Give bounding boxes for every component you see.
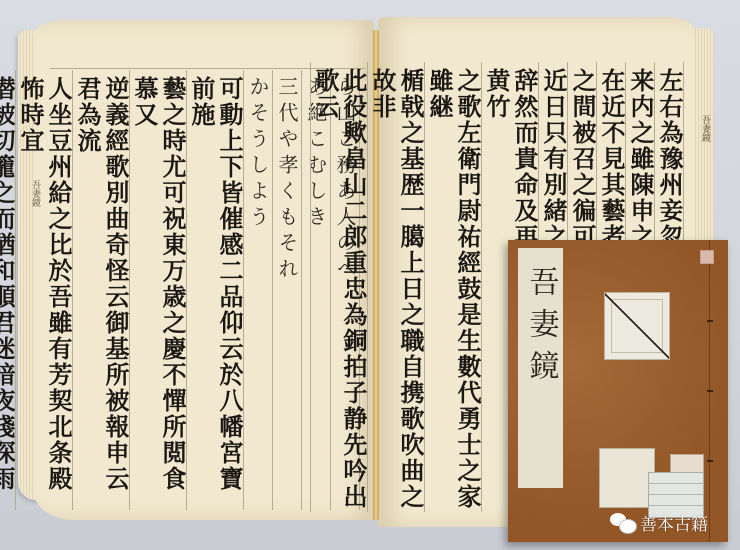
column-text: 逆義經歌別曲奇怪云御基所被報申云君為流 xyxy=(73,76,129,510)
column-text: 藝之時尤可祝東万歳之慶不憚所閲食慕又 xyxy=(130,76,186,510)
label-slash xyxy=(605,293,669,359)
column-text: 人坐豆州給之比於吾雖有芳契北条殿怖時宜 xyxy=(16,76,72,510)
text-column: 人坐豆州給之比於吾雖有芳契北条殿怖時宜 xyxy=(15,70,72,510)
cover-title: 吾妻鏡 xyxy=(519,248,563,488)
catalog-label xyxy=(599,448,655,508)
watermark-text: 善本古籍 xyxy=(640,510,708,535)
red-seal xyxy=(700,250,714,264)
text-column: 楯戟之基歴一臈上日之職自携歌吹曲之故非 xyxy=(367,62,424,512)
book-cover: 吾妻鏡 xyxy=(508,240,728,542)
binding-hole xyxy=(707,390,713,392)
column-text: 此役歟畠山二郎重忠為銅拍子静先吟出歌云 xyxy=(311,68,367,512)
binding-hole xyxy=(707,460,713,462)
text-column: 之歌左衛門尉祐經鼓是生數代勇士之家雖継 xyxy=(424,62,481,512)
text-column: 三代や孝くもそれ xyxy=(272,70,301,510)
column-text: 潜被切籠之而猶和順君迷暗夜淺深雨到君之 xyxy=(0,76,15,510)
left-edge-marks: 吾妻鏡 xyxy=(28,180,42,240)
text-column: 逆義經歌別曲奇怪云御基所被報申云君為流 xyxy=(72,70,129,510)
wechat-icon xyxy=(610,513,636,533)
column-text: かそうしよう xyxy=(244,76,272,232)
cover-title-slip: 吾妻鏡 xyxy=(518,248,563,488)
column-text: 三代や孝くもそれ xyxy=(273,76,301,284)
library-label xyxy=(604,292,670,360)
text-column: 藝之時尤可祝東万歳之慶不憚所閲食慕又 xyxy=(129,70,186,510)
column-text: 楯戟之基歴一臈上日之職自携歌吹曲之故非 xyxy=(368,68,424,512)
text-column: 可動上下皆催感二品仰云於八幡宮寶前施 xyxy=(186,70,243,510)
binding-hole xyxy=(707,320,713,322)
right-edge-marks: 吾妻鏡 xyxy=(700,115,712,155)
text-column: 潜被切籠之而猶和順君迷暗夜淺深雨到君之 xyxy=(0,70,15,510)
text-column: かそうしよう xyxy=(243,70,272,510)
watermark: 善本古籍 xyxy=(610,510,708,535)
column-text: 之歌左衛門尉祐經鼓是生數代勇士之家雖継 xyxy=(425,68,481,512)
column-text: 可動上下皆催感二品仰云於八幡宮寶前施 xyxy=(187,76,243,510)
text-column: 此役歟畠山二郎重忠為銅拍子静先吟出歌云 xyxy=(310,62,367,512)
